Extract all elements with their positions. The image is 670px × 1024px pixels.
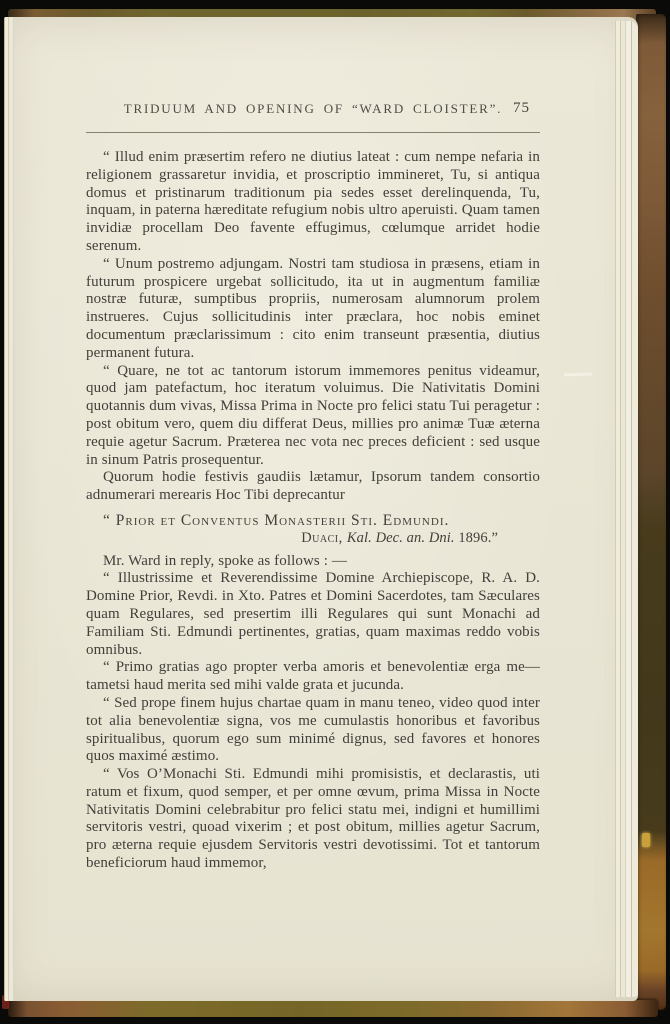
page-number: 75 <box>513 100 530 117</box>
paragraph: “ Quare, ne tot ac tantorum istorum imme… <box>86 363 540 470</box>
paragraph: “ Unum postremo adjungam. Nostri tam stu… <box>86 256 540 363</box>
paragraph: “ Vos O’Monachi Sti. Edmundi mihi promis… <box>86 766 540 873</box>
dateline-date: Kal. Dec. an. Dni. <box>347 530 458 546</box>
cover-gilt-glint <box>642 833 650 847</box>
book-page: TRIDUUM AND OPENING OF “WARD CLOISTER”. … <box>4 17 638 1001</box>
page-flaw-mark <box>564 373 592 377</box>
dateline-year: 1896.” <box>458 530 498 546</box>
page-gutter-crease <box>4 17 24 1001</box>
paragraph: “ Sed prope finem hujus chartae quam in … <box>86 695 540 766</box>
body-text: “ Illud enim præsertim refero ne diutius… <box>86 149 540 873</box>
running-header: TRIDUUM AND OPENING OF “WARD CLOISTER”. … <box>86 101 540 119</box>
book-cover-bottom-edge <box>8 1000 658 1017</box>
signature-line: “ Prior et Conventus Monasterii Sti. Edm… <box>86 512 540 530</box>
dateline: Duaci, Kal. Dec. an. Dni. 1896.” <box>86 530 540 548</box>
photo-of-book: { "header": { "title": "TRIDUUM AND OPEN… <box>0 0 670 1024</box>
paragraph: Quorum hodie festivis gaudiis lætamur, I… <box>86 469 540 505</box>
paragraph: “ Illud enim præsertim refero ne diutius… <box>86 149 540 256</box>
page-title: TRIDUUM AND OPENING OF “WARD CLOISTER”. <box>86 101 540 117</box>
printed-content: TRIDUUM AND OPENING OF “WARD CLOISTER”. … <box>86 101 540 873</box>
paragraph: “ Illustrissime et Reverendissime Domine… <box>86 570 540 659</box>
reply-intro: Mr. Ward in reply, spoke as follows : — <box>86 553 540 571</box>
stacked-page-edges <box>614 21 638 997</box>
book-cover-right-edge <box>636 14 666 1010</box>
header-rule <box>86 132 540 133</box>
paragraph: “ Primo gratias ago propter verba amoris… <box>86 659 540 695</box>
dateline-place: Duaci, <box>301 530 347 546</box>
